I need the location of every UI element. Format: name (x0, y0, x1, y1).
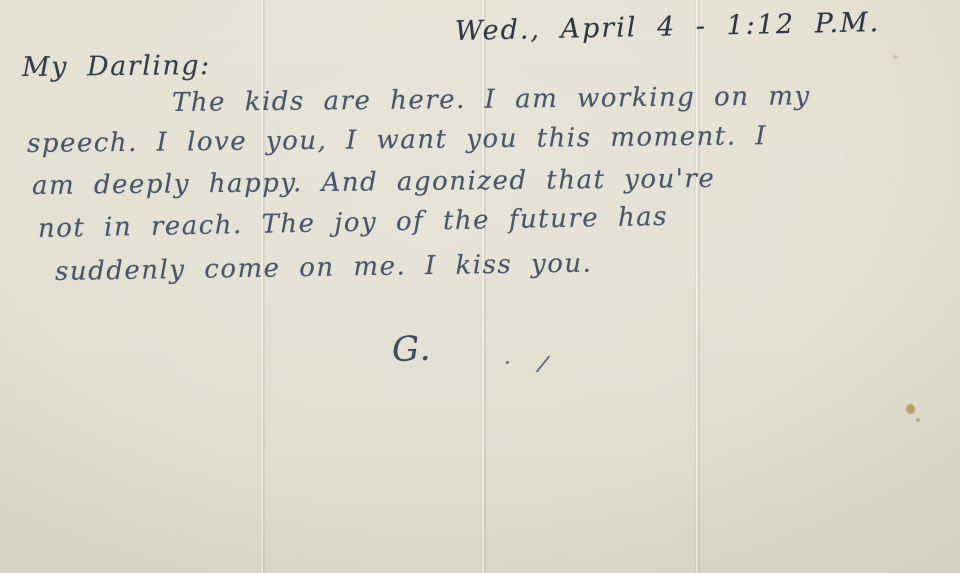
letter-body-line: speech. I love you, I want you this mome… (27, 121, 767, 159)
paper-stain (893, 55, 898, 59)
letter-salutation: My Darling: (22, 50, 211, 83)
letter-body-line: not in reach. The joy of the future has (38, 202, 669, 244)
ink-stray-mark: . / (502, 344, 555, 379)
letter-body-line: suddenly come on me. I kiss you. (55, 249, 593, 287)
paper-stain (916, 418, 920, 422)
letter-body-line: The kids are here. I am working on my (172, 81, 811, 118)
paper-fold-crease (261, 0, 263, 573)
letter-dateline: Wed., April 4 - 1:12 P.M. (455, 7, 881, 47)
letter-body-line: am deeply happy. And agonized that you'r… (32, 164, 716, 201)
letter-signature: G. (391, 329, 432, 370)
letter-paper: Wed., April 4 - 1:12 P.M. My Darling: Th… (0, 0, 960, 573)
paper-stain (906, 404, 915, 414)
